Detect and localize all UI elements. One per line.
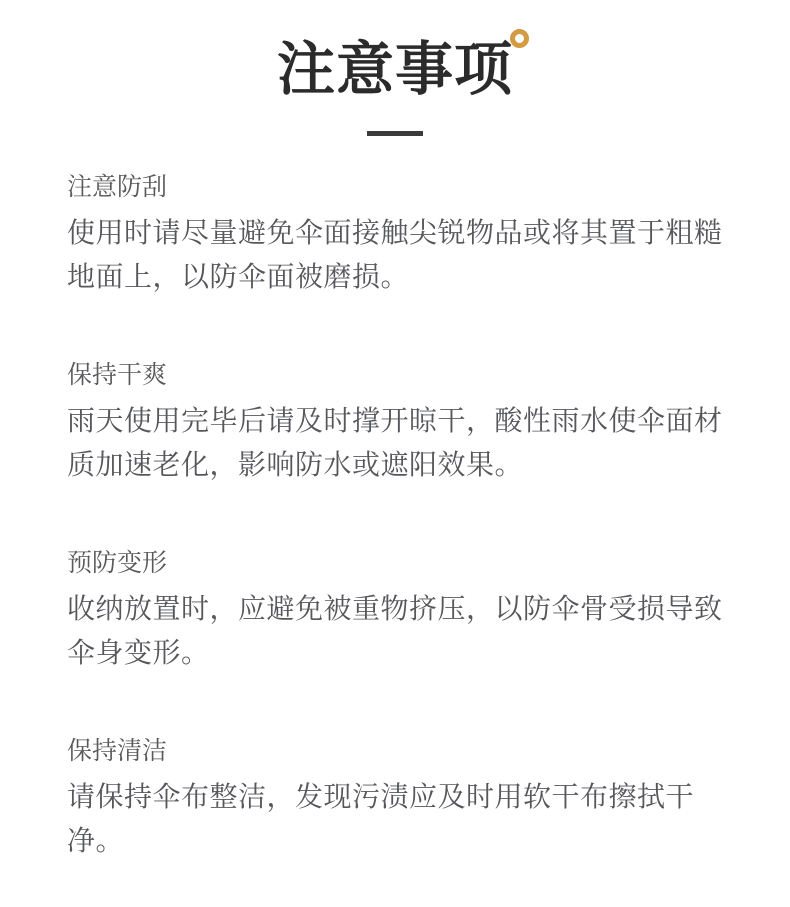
ring-accent-icon: [510, 29, 529, 48]
page-title-text: 注意事项: [277, 37, 513, 102]
note-section-scratch: 注意防刮 使用时请尽量避免伞面接触尖锐物品或将其置于粗糙地面上，以防伞面被磨损。: [67, 169, 732, 299]
note-heading: 注意防刮: [67, 169, 732, 205]
note-section-dry: 保持干爽 雨天使用完毕后请及时撑开晾干，酸性雨水使伞面材质加速老化，影响防水或遮…: [67, 357, 732, 487]
page-title: 注意事项: [277, 36, 513, 103]
title-divider: [367, 131, 423, 136]
note-body: 使用时请尽量避免伞面接触尖锐物品或将其置于粗糙地面上，以防伞面被磨损。: [67, 211, 732, 299]
note-body: 收纳放置时，应避免被重物挤压，以防伞骨受损导致伞身变形。: [67, 587, 732, 675]
precautions-page: 注意事项 注意防刮 使用时请尽量避免伞面接触尖锐物品或将其置于粗糙地面上，以防伞…: [0, 0, 790, 907]
note-heading: 保持清洁: [67, 733, 732, 769]
notes-list: 注意防刮 使用时请尽量避免伞面接触尖锐物品或将其置于粗糙地面上，以防伞面被磨损。…: [0, 169, 790, 863]
title-block: 注意事项: [0, 0, 790, 136]
note-section-clean: 保持清洁 请保持伞布整洁，发现污渍应及时用软干布擦拭干净。: [67, 733, 732, 863]
note-heading: 保持干爽: [67, 357, 732, 393]
note-body: 请保持伞布整洁，发现污渍应及时用软干布擦拭干净。: [67, 775, 732, 863]
note-heading: 预防变形: [67, 545, 732, 581]
note-section-deform: 预防变形 收纳放置时，应避免被重物挤压，以防伞骨受损导致伞身变形。: [67, 545, 732, 675]
note-body: 雨天使用完毕后请及时撑开晾干，酸性雨水使伞面材质加速老化，影响防水或遮阳效果。: [67, 399, 732, 487]
